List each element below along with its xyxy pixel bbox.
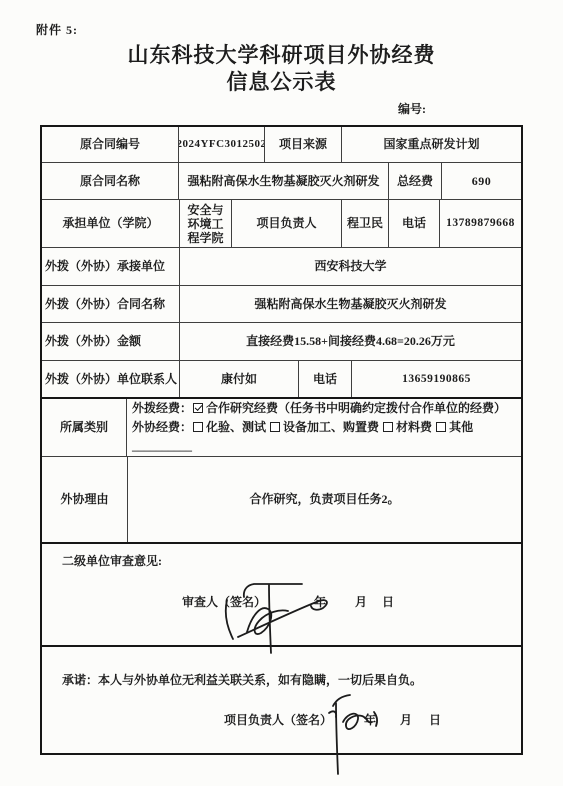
title-line-1: 山东科技大学科研项目外协经费 xyxy=(0,42,563,69)
promise-month-label: 月 xyxy=(400,713,412,728)
orig-contract-name-value: 强粘附高保水生物基凝胶灭火剂研发 xyxy=(179,163,389,199)
external-amount-label: 外拨（外协）金额 xyxy=(42,323,180,360)
row-orig-contract-name: 原合同名称 强粘附高保水生物基凝胶灭火剂研发 总经费 690 xyxy=(42,163,521,200)
category-label: 所属类别 xyxy=(42,399,127,456)
review-opinion-label: 二级单位审查意见: xyxy=(62,554,162,569)
row-external-contact: 外拨（外协）单位联系人 康付如 电话 13659190865 xyxy=(42,361,521,399)
category-item-equipment: 设备加工、购置费 xyxy=(283,420,379,434)
external-contact-value: 康付如 xyxy=(180,361,299,397)
checkbox-checked-icon xyxy=(193,403,203,413)
review-year-label: 年 xyxy=(314,595,326,610)
document-title: 山东科技大学科研项目外协经费 信息公示表 xyxy=(0,42,563,95)
reviewer-sign-label: 审查人（签名） xyxy=(182,595,266,610)
reason-value: 合作研究，负责项目任务2。 xyxy=(128,457,521,542)
external-contact-label: 外拨（外协）单位联系人 xyxy=(42,361,180,397)
category-item-other: 其他 xyxy=(449,420,473,434)
category-line-2: 外协经费：化验、测试 设备加工、购置费 材料费 其他__________ xyxy=(132,418,519,456)
row-promise: 承诺：本人与外协单位无利益关联关系，如有隐瞒，一切后果自负。 项目负责人（签名）… xyxy=(42,647,521,750)
external-contract-name-value: 强粘附高保水生物基凝胶灭火剂研发 xyxy=(180,286,521,322)
orig-contract-name-label: 原合同名称 xyxy=(42,163,179,199)
form-number-label: 编号: xyxy=(398,100,426,117)
checkbox-icon xyxy=(193,422,203,432)
undertaking-unit-label: 承担单位（学院） xyxy=(42,200,180,247)
external-unit-value: 西安科技大学 xyxy=(180,248,521,285)
promise-year-label: 年 xyxy=(364,713,376,728)
row-external-contract-name: 外拨（外协）合同名称 强粘附高保水生物基凝胶灭火剂研发 xyxy=(42,286,521,323)
row-external-amount: 外拨（外协）金额 直接经费15.58+间接经费4.68=20.26万元 xyxy=(42,323,521,361)
row-category: 所属类别 外拨经费：合作研究经费（任务书中明确约定拨付合作单位的经费） 外协经费… xyxy=(42,399,521,457)
promise-cell: 承诺：本人与外协单位无利益关联关系，如有隐瞒，一切后果自负。 项目负责人（签名）… xyxy=(42,647,521,750)
checkbox-icon xyxy=(436,422,446,432)
leader-phone-value: 13789879668 xyxy=(440,200,521,247)
total-budget-label: 总经费 xyxy=(389,163,442,199)
orig-contract-no-value: 2024YFC3012502 xyxy=(179,127,265,162)
category-content: 外拨经费：合作研究经费（任务书中明确约定拨付合作单位的经费） 外协经费：化验、测… xyxy=(127,399,521,456)
project-leader-label: 项目负责人 xyxy=(232,200,342,247)
project-leader-value: 程卫民 xyxy=(342,200,389,247)
category-line1-prefix: 外拨经费： xyxy=(132,401,192,415)
checkbox-icon xyxy=(270,422,280,432)
external-contract-name-label: 外拨（外协）合同名称 xyxy=(42,286,180,322)
orig-contract-no-label: 原合同编号 xyxy=(42,127,179,162)
project-source-value: 国家重点研发计划 xyxy=(342,127,521,162)
row-orig-contract-no: 原合同编号 2024YFC3012502 项目来源 国家重点研发计划 xyxy=(42,127,521,163)
project-source-label: 项目来源 xyxy=(265,127,342,162)
attachment-label: 附件 5: xyxy=(36,21,78,38)
review-month-label: 月 xyxy=(355,595,367,610)
promise-text: 承诺：本人与外协单位无利益关联关系，如有隐瞒，一切后果自负。 xyxy=(62,673,422,688)
document-page: 附件 5: 山东科技大学科研项目外协经费 信息公示表 编号: 原合同编号 202… xyxy=(0,0,563,786)
checkbox-icon xyxy=(383,422,393,432)
category-line1-item: 合作研究经费（任务书中明确约定拨付合作单位的经费） xyxy=(206,401,506,415)
row-undertaking-unit: 承担单位（学院） 安全与环境工程学院 项目负责人 程卫民 电话 13789879… xyxy=(42,200,521,248)
leader-sign-label: 项目负责人（签名） xyxy=(224,713,332,728)
reason-label: 外协理由 xyxy=(42,457,128,542)
form-table: 原合同编号 2024YFC3012502 项目来源 国家重点研发计划 原合同名称… xyxy=(40,125,523,755)
other-blank-line: __________ xyxy=(132,439,192,453)
undertaking-unit-value: 安全与环境工程学院 xyxy=(180,200,232,247)
title-line-2: 信息公示表 xyxy=(0,69,563,95)
contact-phone-value: 13659190865 xyxy=(352,361,521,397)
category-line2-prefix: 外协经费： xyxy=(132,420,192,434)
category-line-1: 外拨经费：合作研究经费（任务书中明确约定拨付合作单位的经费） xyxy=(132,399,519,418)
total-budget-value: 690 xyxy=(442,163,521,199)
external-amount-value: 直接经费15.58+间接经费4.68=20.26万元 xyxy=(180,323,521,360)
row-review: 二级单位审查意见: 审查人（签名） 年 月 日 xyxy=(42,544,521,647)
external-unit-label: 外拨（外协）承接单位 xyxy=(42,248,180,285)
row-reason: 外协理由 合作研究，负责项目任务2。 xyxy=(42,457,521,544)
category-item-test: 化验、测试 xyxy=(206,420,266,434)
category-item-material: 材料费 xyxy=(396,420,432,434)
promise-day-label: 日 xyxy=(429,713,441,728)
contact-phone-label: 电话 xyxy=(299,361,352,397)
row-external-unit: 外拨（外协）承接单位 西安科技大学 xyxy=(42,248,521,286)
review-cell: 二级单位审查意见: 审查人（签名） 年 月 日 xyxy=(42,544,521,645)
leader-phone-label: 电话 xyxy=(389,200,440,247)
review-day-label: 日 xyxy=(382,595,394,610)
